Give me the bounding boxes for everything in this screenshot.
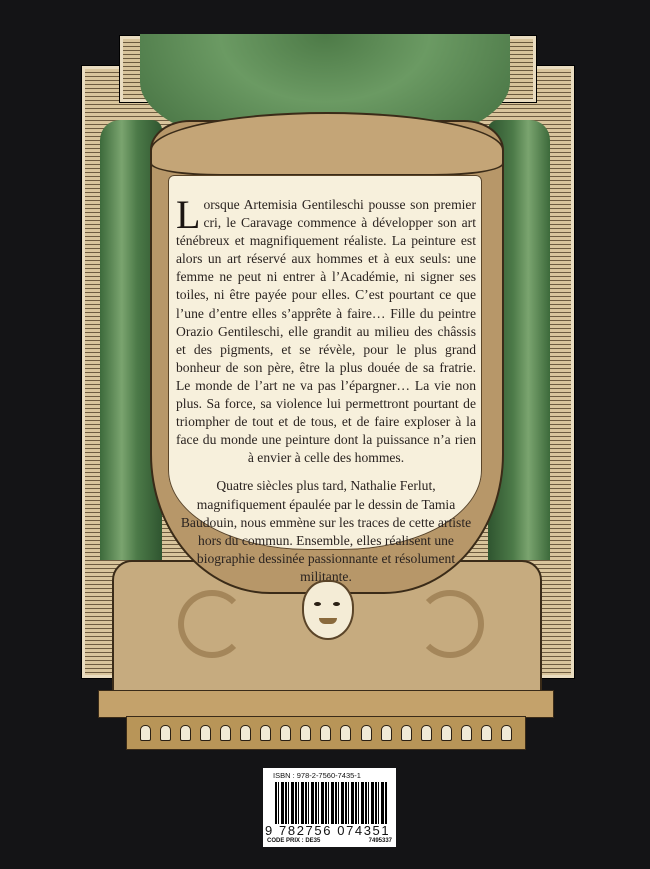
dentil-icon — [320, 725, 331, 741]
dentil-icon — [421, 725, 432, 741]
cherub-face-icon — [302, 580, 354, 640]
dentil-icon — [441, 725, 452, 741]
barcode-digits: 9 782756 074351 — [265, 823, 394, 838]
dentil-icon — [300, 725, 311, 741]
reference-number: 7495337 — [369, 838, 392, 844]
scroll-swirl-left-icon — [178, 590, 246, 658]
dentil-icon — [200, 725, 211, 741]
dentil-icon — [461, 725, 472, 741]
barcode-label: ISBN : 978-2-7560-7435-1 9 782756 074351… — [263, 768, 396, 847]
dentil-icon — [160, 725, 171, 741]
dentil-icon — [220, 725, 231, 741]
dentil-plinth — [126, 716, 526, 750]
price-code: CODE PRIX : DE35 — [267, 838, 320, 844]
scroll-swirl-right-icon — [416, 590, 484, 658]
dentil-icon — [140, 725, 151, 741]
mouth-icon — [319, 618, 337, 624]
drop-cap: L — [176, 198, 200, 232]
dentil-icon — [501, 725, 512, 741]
blurb-paragraph-2: Quatre siècles plus tard, Nathalie Ferlu… — [176, 477, 476, 586]
dentil-icon — [260, 725, 271, 741]
dentil-icon — [381, 725, 392, 741]
dentil-icon — [240, 725, 251, 741]
dentil-icon — [340, 725, 351, 741]
blurb-paragraph-1: Lorsque Artemisia Gentileschi pousse son… — [176, 196, 476, 467]
dentil-icon — [361, 725, 372, 741]
isbn-text: ISBN : 978-2-7560-7435-1 — [273, 771, 361, 780]
blurb: Lorsque Artemisia Gentileschi pousse son… — [176, 196, 476, 596]
dentil-icon — [481, 725, 492, 741]
pedestal-ledge — [98, 690, 554, 718]
eye-icon — [333, 602, 340, 606]
dentil-icon — [180, 725, 191, 741]
dentil-icon — [280, 725, 291, 741]
book-back-cover: Lorsque Artemisia Gentileschi pousse son… — [0, 0, 650, 869]
eye-icon — [314, 602, 321, 606]
barcode-icon — [275, 782, 387, 824]
dentil-icon — [401, 725, 412, 741]
blurb-paragraph-1-text: orsque Artemisia Gentileschi pousse son … — [176, 197, 476, 465]
